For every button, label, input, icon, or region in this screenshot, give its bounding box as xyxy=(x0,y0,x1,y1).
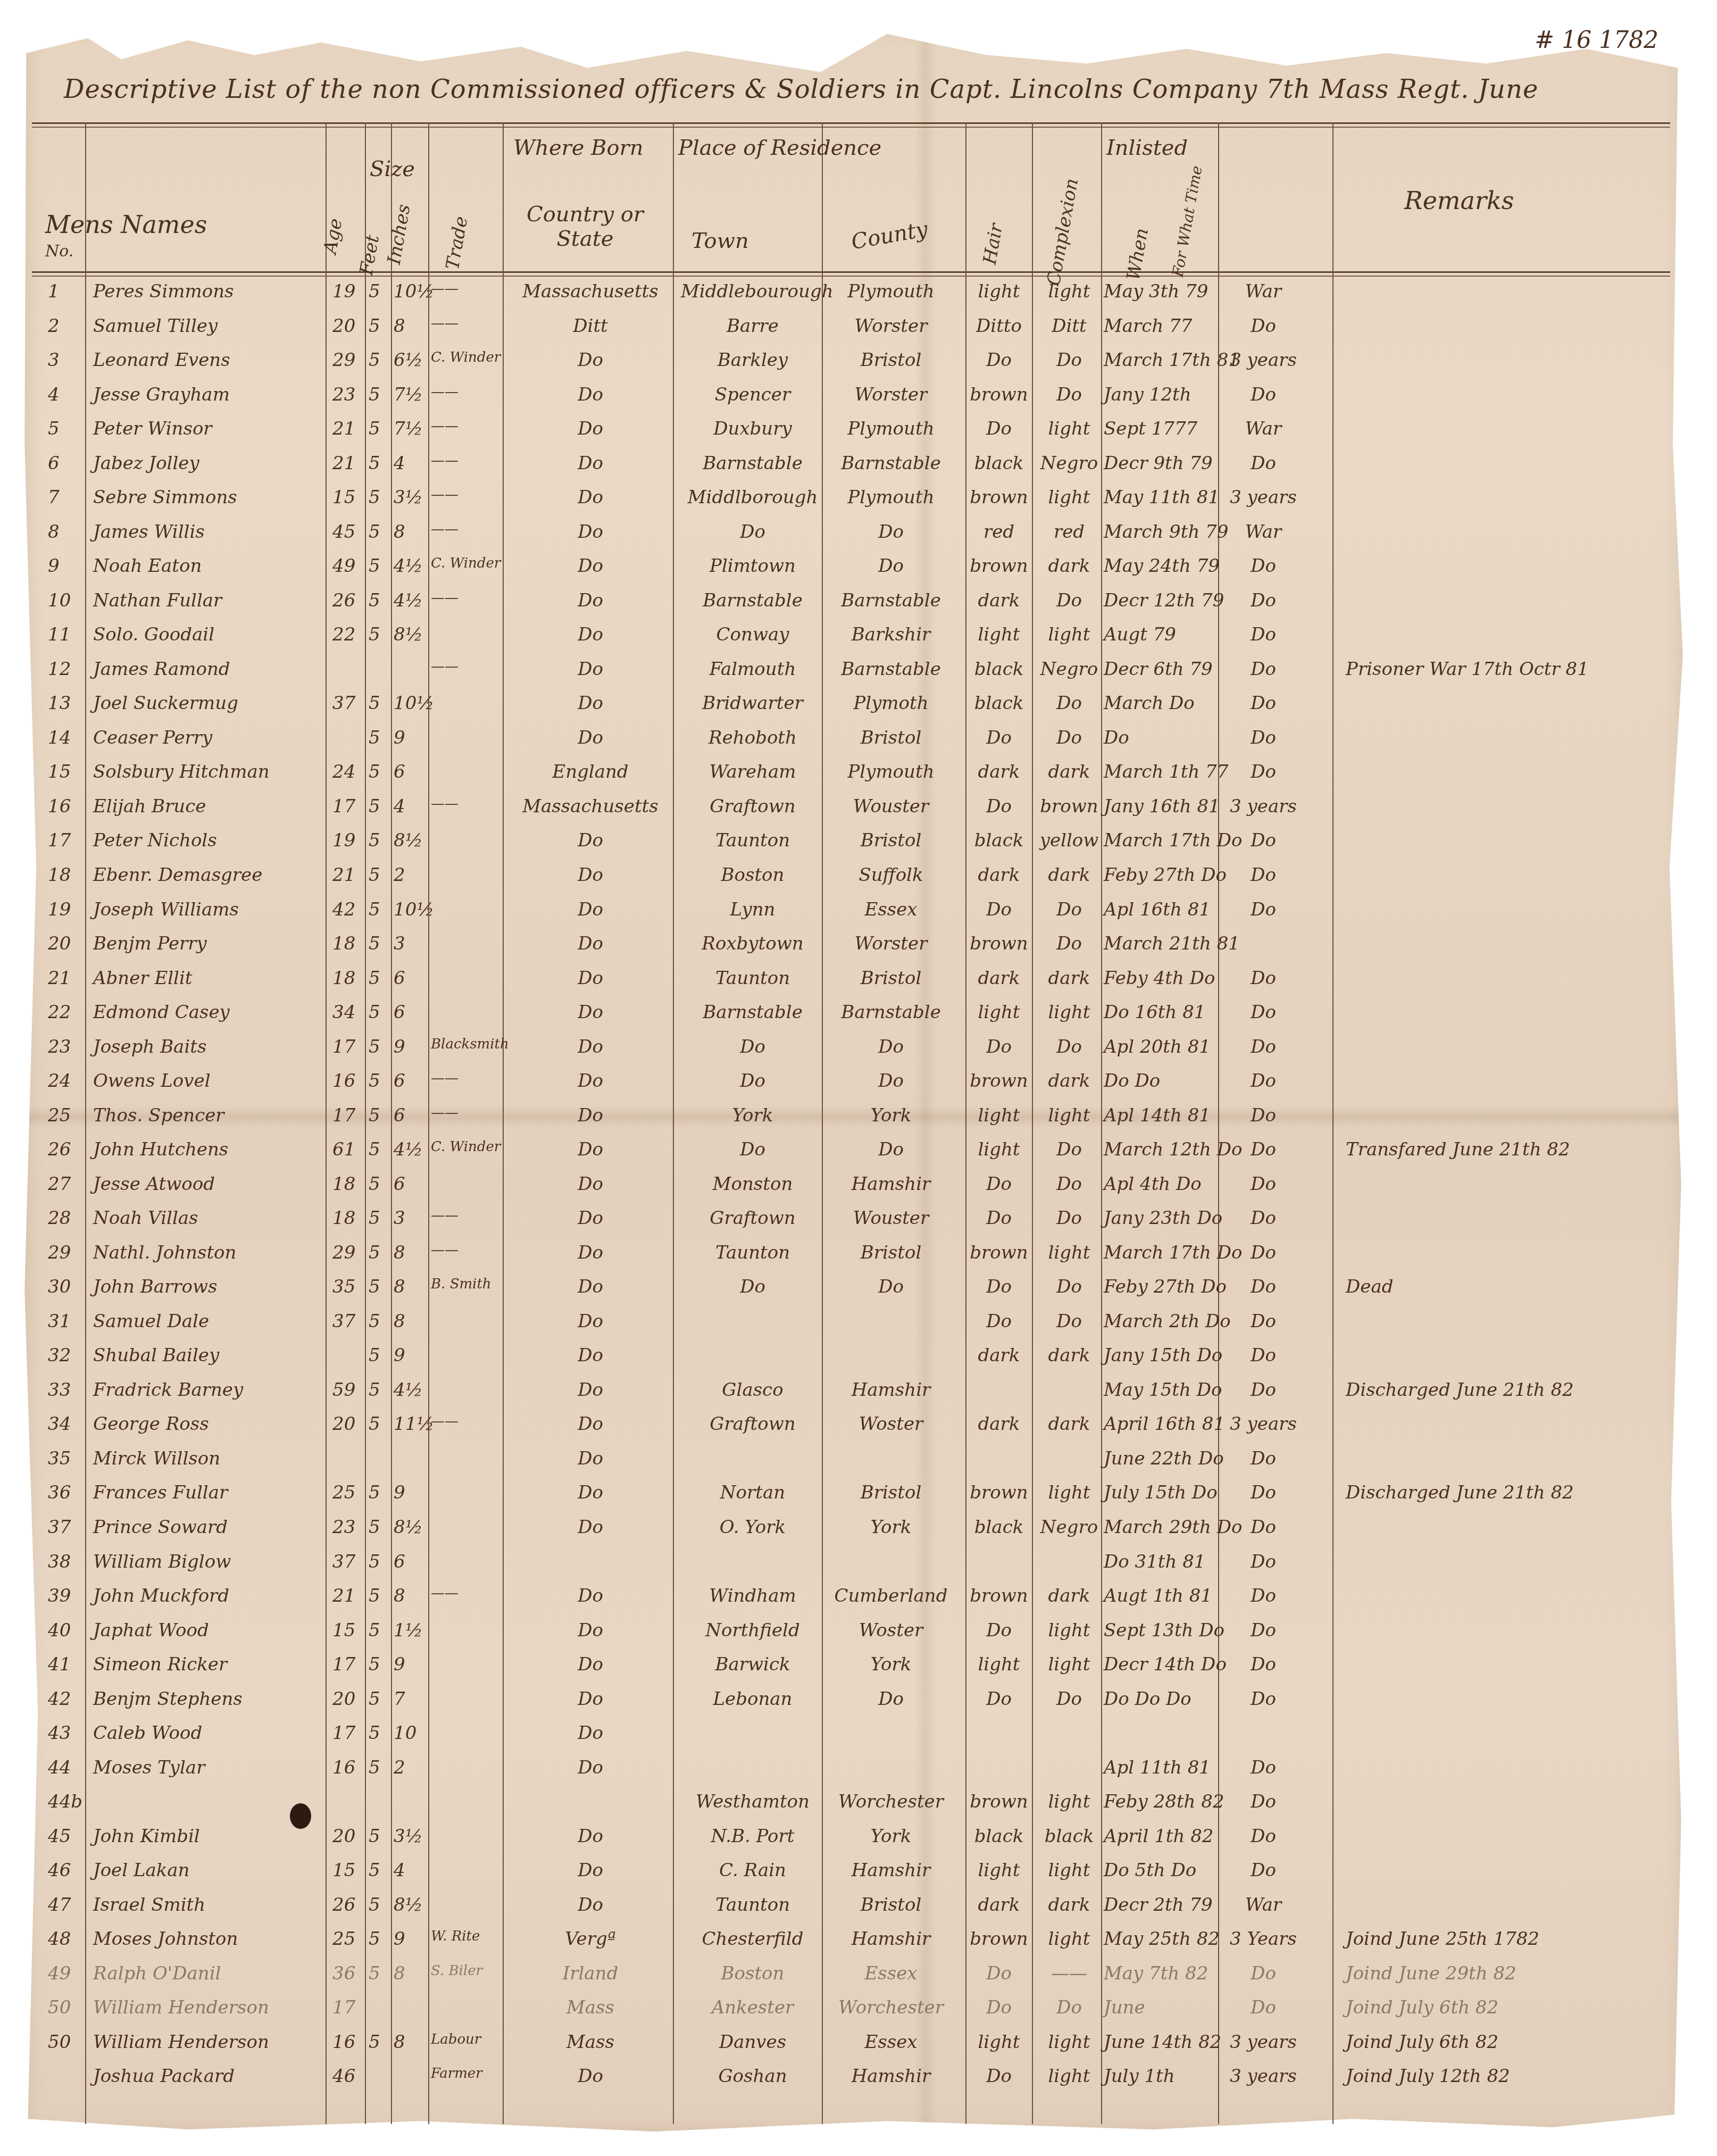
header-country-or-state: Country or State xyxy=(511,202,660,251)
height-inches: 9 xyxy=(394,1482,426,1503)
complexion: light xyxy=(1035,1620,1104,1641)
residence-town: Barnstable xyxy=(681,1002,824,1023)
hair: Do xyxy=(967,1173,1031,1195)
age: 36 xyxy=(332,1963,364,1984)
hair: dark xyxy=(967,1894,1031,1916)
height-inches: 8 xyxy=(394,1963,426,1984)
soldier-name: Edmond Casey xyxy=(93,1002,322,1023)
residence-county: York xyxy=(822,1105,960,1126)
height-feet: 5 xyxy=(369,418,390,439)
height-feet: 5 xyxy=(369,1242,390,1263)
table-row: 6Jabez Jolley2154——DoBarnstableBarnstabl… xyxy=(0,448,1717,480)
remarks: Joind June 25th 1782 xyxy=(1346,1928,1676,1950)
soldier-name: Benjm Perry xyxy=(93,933,322,954)
soldier-name: Noah Villas xyxy=(93,1208,322,1229)
complexion: Do xyxy=(1035,693,1104,714)
enlisted-term: 3 Years xyxy=(1215,1928,1311,1950)
hair: Do xyxy=(967,1688,1031,1710)
complexion: light xyxy=(1035,624,1104,645)
remarks: Joind June 29th 82 xyxy=(1346,1963,1676,1984)
height-feet: 5 xyxy=(369,1070,390,1092)
trade: C. Winder xyxy=(431,349,516,365)
enlisted-when: May 15th Do xyxy=(1104,1379,1215,1401)
height-feet: 5 xyxy=(369,1620,390,1641)
residence-county: Hamshir xyxy=(822,1928,960,1950)
birthplace: Do xyxy=(511,1860,670,1881)
residence-town: Taunton xyxy=(681,1242,824,1263)
table-row: 8James Willis4558——DoDoDoredredMarch 9th… xyxy=(0,517,1717,549)
remarks: Joind July 12th 82 xyxy=(1346,2066,1676,2087)
age: 19 xyxy=(332,281,364,302)
residence-county: Barnstable xyxy=(822,590,960,611)
residence-county: York xyxy=(822,1517,960,1538)
soldier-name: Joshua Packard xyxy=(93,2066,322,2087)
row-number: 11 xyxy=(48,624,80,645)
row-number: 29 xyxy=(48,1242,80,1263)
residence-county: Hamshir xyxy=(822,1379,960,1401)
table-row: 16Elijah Bruce1754——MassachusettsGraftow… xyxy=(0,792,1717,823)
height-inches: 6½ xyxy=(394,349,426,371)
hair: Do xyxy=(967,349,1031,371)
enlisted-when: Feby 28th 82 xyxy=(1104,1791,1215,1812)
enlisted-when: Feby 27th Do xyxy=(1104,1276,1215,1297)
height-inches: 4½ xyxy=(394,590,426,611)
hair: dark xyxy=(967,1345,1031,1366)
age: 15 xyxy=(332,1620,364,1641)
birthplace: Do xyxy=(511,2066,670,2087)
soldier-name: Joel Suckermug xyxy=(93,693,322,714)
residence-town: Bridwarter xyxy=(681,693,824,714)
enlisted-when: Jany 16th 81 xyxy=(1104,796,1215,817)
row-number: 24 xyxy=(48,1070,80,1092)
birthplace: Do xyxy=(511,453,670,474)
table-row: 24Owens Lovel1656——DoDoDobrowndarkDo DoD… xyxy=(0,1066,1717,1098)
birthplace: Do xyxy=(511,1688,670,1710)
age: 16 xyxy=(332,2032,364,2053)
trade: —— xyxy=(431,590,516,606)
enlisted-when: Decr 14th Do xyxy=(1104,1654,1215,1675)
complexion: Do xyxy=(1035,1139,1104,1160)
residence-town: Middlborough xyxy=(681,487,824,508)
enlisted-when: May 3th 79 xyxy=(1104,281,1215,302)
height-feet: 5 xyxy=(369,1139,390,1160)
complexion: dark xyxy=(1035,968,1104,989)
birthplace: Do xyxy=(511,521,670,543)
complexion: light xyxy=(1035,2066,1104,2087)
complexion: Negro xyxy=(1035,1517,1104,1538)
hair: black xyxy=(967,830,1031,851)
age: 37 xyxy=(332,693,364,714)
enlisted-when: March 17th Do xyxy=(1104,1242,1215,1263)
height-inches: 4½ xyxy=(394,555,426,577)
birthplace: Mass xyxy=(511,1997,670,2018)
age: 37 xyxy=(332,1551,364,1572)
soldier-name: Sebre Simmons xyxy=(93,487,322,508)
height-feet: 5 xyxy=(369,1276,390,1297)
age: 25 xyxy=(332,1482,364,1503)
age: 34 xyxy=(332,1002,364,1023)
birthplace: Do xyxy=(511,1208,670,1229)
soldier-name: Thos. Spencer xyxy=(93,1105,322,1126)
trade: —— xyxy=(431,1070,516,1086)
table-row: 23Joseph Baits1759BlacksmithDoDoDoDoDoAp… xyxy=(0,1032,1717,1064)
row-number: 15 xyxy=(48,761,80,783)
enlisted-term: 3 years xyxy=(1215,796,1311,817)
hair: Ditto xyxy=(967,315,1031,337)
remarks: Joind July 6th 82 xyxy=(1346,1997,1676,2018)
birthplace: Do xyxy=(511,1311,670,1332)
residence-town: Do xyxy=(681,1276,824,1297)
header-mens-names: Mens Names xyxy=(45,210,207,239)
table-row: 33Fradrick Barney5954½DoGlascoHamshirMay… xyxy=(0,1375,1717,1407)
row-number: 41 xyxy=(48,1654,80,1675)
hair: light xyxy=(967,281,1031,302)
enlisted-when: Apl 16th 81 xyxy=(1104,899,1215,920)
residence-county: Bristol xyxy=(822,830,960,851)
table-row: 50William Henderson17MassAnkesterWorches… xyxy=(0,1993,1717,2025)
enlisted-when: March 17th Do xyxy=(1104,830,1215,851)
complexion: dark xyxy=(1035,864,1104,886)
birthplace: Do xyxy=(511,1242,670,1263)
height-feet: 5 xyxy=(369,555,390,577)
row-number: 50 xyxy=(48,1997,80,2018)
height-inches: 8 xyxy=(394,1585,426,1606)
enlisted-when: Do Do Do xyxy=(1104,1688,1215,1710)
enlisted-when: March Do xyxy=(1104,693,1215,714)
residence-county: Woster xyxy=(822,1413,960,1435)
hair: brown xyxy=(967,384,1031,405)
hair: dark xyxy=(967,864,1031,886)
height-feet: 5 xyxy=(369,1482,390,1503)
trade: —— xyxy=(431,281,516,297)
birthplace: Do xyxy=(511,555,670,577)
hair: Do xyxy=(967,418,1031,439)
height-feet: 5 xyxy=(369,1963,390,1984)
age: 42 xyxy=(332,899,364,920)
height-feet: 5 xyxy=(369,1894,390,1916)
hair: brown xyxy=(967,1585,1031,1606)
birthplace: Do xyxy=(511,1517,670,1538)
table-row: 34George Ross20511½——DoGraftownWosterdar… xyxy=(0,1409,1717,1441)
height-inches: 7½ xyxy=(394,418,426,439)
hair: brown xyxy=(967,1242,1031,1263)
row-number: 12 xyxy=(48,659,80,680)
enlisted-when: June 22th Do xyxy=(1104,1448,1215,1469)
row-number: 3 xyxy=(48,349,80,371)
row-number: 49 xyxy=(48,1963,80,1984)
complexion: Do xyxy=(1035,590,1104,611)
enlisted-term: Do xyxy=(1215,384,1311,405)
hair: Do xyxy=(967,1963,1031,1984)
hair: brown xyxy=(967,1928,1031,1950)
enlisted-when: Feby 4th Do xyxy=(1104,968,1215,989)
birthplace: Do xyxy=(511,1757,670,1778)
row-number: 48 xyxy=(48,1928,80,1950)
residence-county: Worchester xyxy=(822,1997,960,2018)
soldier-name: Abner Ellit xyxy=(93,968,322,989)
birthplace: Do xyxy=(511,384,670,405)
height-feet: 5 xyxy=(369,1551,390,1572)
enlisted-term: Do xyxy=(1215,453,1311,474)
height-inches: 10½ xyxy=(394,899,426,920)
residence-town: Westhamton xyxy=(681,1791,824,1812)
table-row: 25Thos. Spencer1756——DoYorkYorklightligh… xyxy=(0,1101,1717,1133)
enlisted-term: 3 years xyxy=(1215,349,1311,371)
residence-town: Wareham xyxy=(681,761,824,783)
row-number: 13 xyxy=(48,693,80,714)
table-row: 17Peter Nichols1958½DoTauntonBristolblac… xyxy=(0,826,1717,858)
row-number: 2 xyxy=(48,315,80,337)
enlisted-when: March 1th 77 xyxy=(1104,761,1215,783)
age: 21 xyxy=(332,418,364,439)
soldier-name: Mirck Willson xyxy=(93,1448,322,1469)
height-feet: 5 xyxy=(369,453,390,474)
soldier-name: William Biglow xyxy=(93,1551,322,1572)
hair: Do xyxy=(967,1997,1031,2018)
table-row: 47Israel Smith2658½DoTauntonBristoldarkd… xyxy=(0,1890,1717,1922)
complexion: Do xyxy=(1035,899,1104,920)
complexion: Negro xyxy=(1035,453,1104,474)
complexion: dark xyxy=(1035,555,1104,577)
header-top-rule-2 xyxy=(32,127,1670,128)
enlisted-term: Do xyxy=(1215,864,1311,886)
row-number: 45 xyxy=(48,1826,80,1847)
age: 16 xyxy=(332,1070,364,1092)
age: 21 xyxy=(332,453,364,474)
hair: Do xyxy=(967,1620,1031,1641)
complexion: light xyxy=(1035,281,1104,302)
height-feet: 5 xyxy=(369,1688,390,1710)
soldier-name: Frances Fullar xyxy=(93,1482,322,1503)
height-feet: 5 xyxy=(369,315,390,337)
soldier-name: William Henderson xyxy=(93,2032,322,2053)
residence-county: Barnstable xyxy=(822,453,960,474)
hair: brown xyxy=(967,1070,1031,1092)
birthplace: Massachusetts xyxy=(511,281,670,302)
height-inches: 9 xyxy=(394,1345,426,1366)
table-row: 21Abner Ellit1856DoTauntonBristoldarkdar… xyxy=(0,963,1717,995)
table-row: 22Edmond Casey3456DoBarnstableBarnstable… xyxy=(0,997,1717,1029)
soldier-name: Elijah Bruce xyxy=(93,796,322,817)
height-inches: 6 xyxy=(394,968,426,989)
table-row: 44Moses Tylar1652DoApl 11th 81Do xyxy=(0,1753,1717,1785)
soldier-name: Benjm Stephens xyxy=(93,1688,322,1710)
age: 29 xyxy=(332,1242,364,1263)
complexion: Do xyxy=(1035,1208,1104,1229)
complexion: brown xyxy=(1035,796,1104,817)
residence-county: Worster xyxy=(822,933,960,954)
residence-county: York xyxy=(822,1654,960,1675)
enlisted-term: Do xyxy=(1215,968,1311,989)
residence-county: Bristol xyxy=(822,968,960,989)
enlisted-term: 3 years xyxy=(1215,2066,1311,2087)
soldier-name: Ralph O'Danil xyxy=(93,1963,322,1984)
residence-county: Woster xyxy=(822,1620,960,1641)
height-inches: 8 xyxy=(394,2032,426,2053)
enlisted-when: Apl 20th 81 xyxy=(1104,1036,1215,1058)
row-number: 40 xyxy=(48,1620,80,1641)
residence-county: Barnstable xyxy=(822,1002,960,1023)
row-number: 10 xyxy=(48,590,80,611)
height-inches: 2 xyxy=(394,1757,426,1778)
age: 24 xyxy=(332,761,364,783)
complexion: black xyxy=(1035,1826,1104,1847)
soldier-name: John Muckford xyxy=(93,1585,322,1606)
complexion: yellow xyxy=(1035,830,1104,851)
height-inches: 4 xyxy=(394,1860,426,1881)
soldier-name: Owens Lovel xyxy=(93,1070,322,1092)
complexion: dark xyxy=(1035,761,1104,783)
enlisted-term: Do xyxy=(1215,1242,1311,1263)
birthplace: Do xyxy=(511,968,670,989)
table-row: 35Mirck WillsonDoJune 22th DoDo xyxy=(0,1444,1717,1476)
enlisted-when: Decr 6th 79 xyxy=(1104,659,1215,680)
residence-county: Plymoth xyxy=(822,693,960,714)
enlisted-term: War xyxy=(1215,281,1311,302)
table-row: 10Nathan Fullar2654½——DoBarnstableBarnst… xyxy=(0,586,1717,618)
row-number: 27 xyxy=(48,1173,80,1195)
height-feet: 5 xyxy=(369,1379,390,1401)
enlisted-when: Jany 12th xyxy=(1104,384,1215,405)
height-feet: 5 xyxy=(369,864,390,886)
residence-county: Cumberland xyxy=(822,1585,960,1606)
height-inches: 6 xyxy=(394,1173,426,1195)
height-inches: 10 xyxy=(394,1722,426,1744)
age: 17 xyxy=(332,1722,364,1744)
enlisted-term: 3 years xyxy=(1215,2032,1311,2053)
hair: dark xyxy=(967,761,1031,783)
page-title: Descriptive List of the non Commissioned… xyxy=(64,74,1628,104)
enlisted-when: Augt 79 xyxy=(1104,624,1215,645)
birthplace: Do xyxy=(511,590,670,611)
enlisted-when: May 7th 82 xyxy=(1104,1963,1215,1984)
residence-town: Middlebourough xyxy=(681,281,824,302)
age: 17 xyxy=(332,796,364,817)
residence-county: Worchester xyxy=(822,1791,960,1812)
residence-town: Barkley xyxy=(681,349,824,371)
row-number: 1 xyxy=(48,281,80,302)
ink-blot xyxy=(290,1803,311,1829)
enlisted-term: Do xyxy=(1215,1379,1311,1401)
table-row: 27Jesse Atwood1856DoMonstonHamshirDoDoAp… xyxy=(0,1169,1717,1201)
residence-town: Do xyxy=(681,521,824,543)
soldier-name: Fradrick Barney xyxy=(93,1379,322,1401)
trade: —— xyxy=(431,1585,516,1601)
age: 26 xyxy=(332,590,364,611)
birthplace: Do xyxy=(511,1070,670,1092)
enlisted-term: Do xyxy=(1215,1585,1311,1606)
row-number: 50 xyxy=(48,2032,80,2053)
age: 16 xyxy=(332,1757,364,1778)
age: 20 xyxy=(332,1688,364,1710)
trade: Labour xyxy=(431,2032,516,2047)
height-feet: 5 xyxy=(369,1002,390,1023)
complexion: dark xyxy=(1035,1413,1104,1435)
table-row: 45John Kimbil2053½DoN.B. PortYorkblackbl… xyxy=(0,1821,1717,1853)
complexion: —— xyxy=(1035,1963,1104,1984)
age: 18 xyxy=(332,933,364,954)
row-number: 16 xyxy=(48,796,80,817)
residence-town: Windham xyxy=(681,1585,824,1606)
age: 21 xyxy=(332,864,364,886)
height-inches: 9 xyxy=(394,727,426,748)
age: 46 xyxy=(332,2066,364,2087)
birthplace: Do xyxy=(511,693,670,714)
residence-town: Glasco xyxy=(681,1379,824,1401)
enlisted-term: Do xyxy=(1215,727,1311,748)
birthplace: Do xyxy=(511,1482,670,1503)
header-inlisted: Inlisted xyxy=(1106,136,1188,160)
trade: W. Rite xyxy=(431,1928,516,1944)
table-row: 1Peres Simmons19510½——MassachusettsMiddl… xyxy=(0,277,1717,309)
height-inches: 6 xyxy=(394,761,426,783)
trade: —— xyxy=(431,521,516,537)
residence-county: Suffolk xyxy=(822,864,960,886)
soldier-name: Solsbury Hitchman xyxy=(93,761,322,783)
age: 26 xyxy=(332,1894,364,1916)
residence-county: Bristol xyxy=(822,1242,960,1263)
residence-town: Graftown xyxy=(681,1413,824,1435)
residence-county: Do xyxy=(822,1036,960,1058)
hair: red xyxy=(967,521,1031,543)
height-feet: 5 xyxy=(369,693,390,714)
soldier-name: Joel Lakan xyxy=(93,1860,322,1881)
birthplace: Do xyxy=(511,487,670,508)
header-no: No. xyxy=(45,242,73,261)
trade: —— xyxy=(431,315,516,331)
height-inches: 4 xyxy=(394,453,426,474)
enlisted-term: Do xyxy=(1215,1070,1311,1092)
header-place-of-residence: Place of Residence xyxy=(678,136,881,160)
row-number: 8 xyxy=(48,521,80,543)
enlisted-term: Do xyxy=(1215,761,1311,783)
residence-county: Wouster xyxy=(822,796,960,817)
enlisted-when: March 29th Do xyxy=(1104,1517,1215,1538)
height-feet: 5 xyxy=(369,761,390,783)
enlisted-term: Do xyxy=(1215,590,1311,611)
residence-town: Barnstable xyxy=(681,453,824,474)
enlisted-term: Do xyxy=(1215,1036,1311,1058)
height-inches: 8½ xyxy=(394,1894,426,1916)
height-inches: 8½ xyxy=(394,624,426,645)
hair: light xyxy=(967,2032,1031,2053)
height-feet: 5 xyxy=(369,1173,390,1195)
enlisted-term: Do xyxy=(1215,1551,1311,1572)
complexion: light xyxy=(1035,1860,1104,1881)
enlisted-when: Do 31th 81 xyxy=(1104,1551,1215,1572)
table-row: 48Moses Johnston2559W. RiteVergªChesterf… xyxy=(0,1924,1717,1956)
hair: light xyxy=(967,1654,1031,1675)
table-row: 30John Barrows3558B. SmithDoDoDoDoDoFeby… xyxy=(0,1272,1717,1304)
height-inches: 8 xyxy=(394,1242,426,1263)
trade: C. Winder xyxy=(431,1139,516,1155)
enlisted-when: March 17th 81 xyxy=(1104,349,1215,371)
birthplace: Do xyxy=(511,1173,670,1195)
enlisted-when: Do Do xyxy=(1104,1070,1215,1092)
residence-county: Essex xyxy=(822,2032,960,2053)
complexion: dark xyxy=(1035,1345,1104,1366)
birthplace: Do xyxy=(511,1105,670,1126)
trade: —— xyxy=(431,1208,516,1223)
age: 17 xyxy=(332,1036,364,1058)
birthplace: Do xyxy=(511,1585,670,1606)
row-number: 43 xyxy=(48,1722,80,1744)
residence-county: Bristol xyxy=(822,1482,960,1503)
trade: Blacksmith xyxy=(431,1036,516,1052)
height-inches: 7½ xyxy=(394,384,426,405)
hair: Do xyxy=(967,1276,1031,1297)
age: 22 xyxy=(332,624,364,645)
